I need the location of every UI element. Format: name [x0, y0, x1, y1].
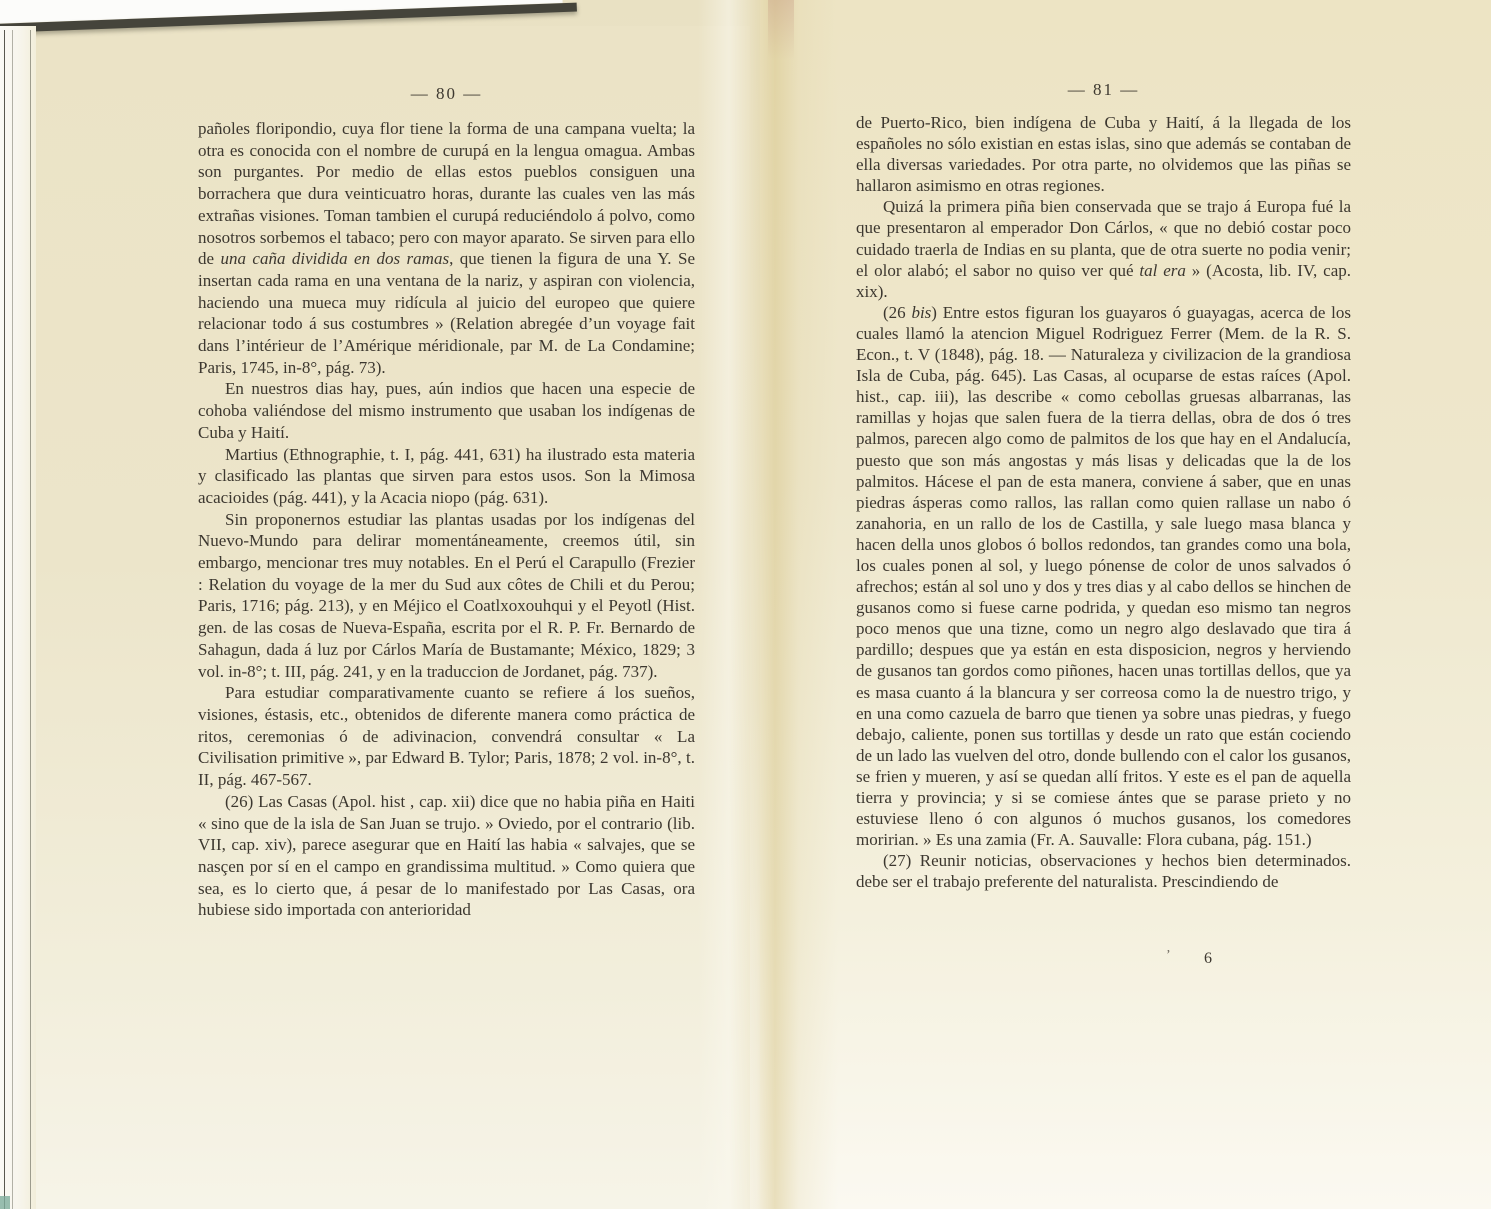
page-edge-line: [4, 30, 5, 1209]
corner-mark: [0, 1196, 10, 1209]
left-page-text: pañoles floripondio, cuya flor tiene la …: [198, 118, 695, 921]
page-number-right: — 81 —: [856, 80, 1351, 100]
paragraph: Martius (Ethnographie, t. I, pág. 441, 6…: [198, 444, 695, 509]
page-number-left: — 80 —: [198, 84, 695, 104]
page-edge-line: [12, 30, 13, 1209]
book-scan: — 80 — — 81 — pañoles floripondio, cuya …: [0, 0, 1491, 1209]
paragraph: Sin proponernos estudiar las plantas usa…: [198, 509, 695, 683]
page-edge-line: [30, 30, 31, 1209]
gutter-top-shade: [768, 0, 794, 60]
paragraph: Para estudiar comparativamente cuanto se…: [198, 682, 695, 791]
paragraph: En nuestros dias hay, pues, aún indios q…: [198, 378, 695, 443]
paragraph: (26) Las Casas (Apol. hist , cap. xii) d…: [198, 791, 695, 921]
paragraph: de Puerto-Rico, bien indígena de Cuba y …: [856, 112, 1351, 196]
right-page-text: de Puerto-Rico, bien indígena de Cuba y …: [856, 112, 1351, 892]
paragraph: pañoles floripondio, cuya flor tiene la …: [198, 118, 695, 378]
paragraph: (26 bis) Entre estos figuran los guayaro…: [856, 302, 1351, 850]
paragraph: (27) Reunir noticias, observaciones y he…: [856, 850, 1351, 892]
paragraph: Quizá la primera piña bien conservada qu…: [856, 196, 1351, 301]
signature-mark: 6: [1204, 950, 1212, 968]
stray-mark: ’: [1166, 948, 1171, 964]
gutter-shadow: [698, 0, 838, 1209]
